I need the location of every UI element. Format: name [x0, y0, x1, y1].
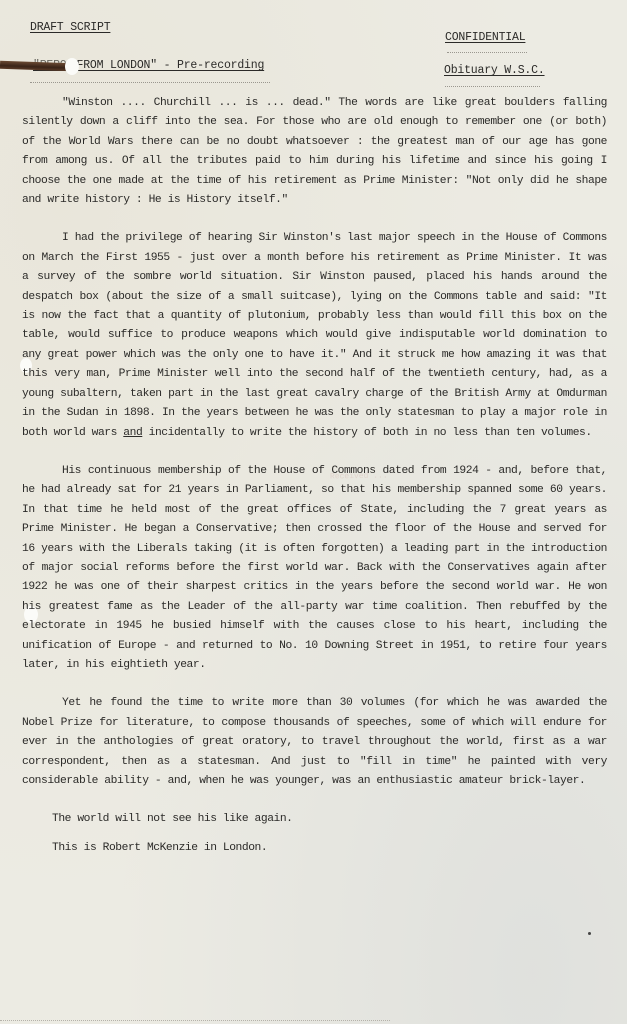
divider — [447, 52, 527, 53]
document-page: DRAFT SCRIPT CONFIDENTIAL "REPOFROM LOND… — [0, 0, 627, 1024]
binding-strap — [0, 61, 72, 72]
divider — [30, 82, 270, 83]
paper-speck — [588, 932, 591, 935]
paragraph-4: Yet he found the time to write more than… — [22, 694, 607, 791]
punch-hole — [65, 58, 79, 75]
confidential-label: CONFIDENTIAL — [445, 31, 525, 44]
paragraph-3: His continuous membership of the House o… — [22, 462, 607, 675]
script-body: "Winston .... Churchill ... is ... dead.… — [22, 94, 607, 867]
paragraph-2: I had the privilege of hearing Sir Winst… — [22, 229, 607, 442]
bottom-edge — [0, 1020, 390, 1021]
closing-line-1: The world will not see his like again. — [22, 810, 607, 829]
divider — [445, 86, 540, 87]
subject-label: Obituary W.S.C. — [444, 64, 545, 77]
draft-script-label: DRAFT SCRIPT — [30, 21, 110, 34]
closing-line-2: This is Robert McKenzie in London. — [22, 839, 607, 858]
paragraph-1: "Winston .... Churchill ... is ... dead.… — [22, 94, 607, 210]
